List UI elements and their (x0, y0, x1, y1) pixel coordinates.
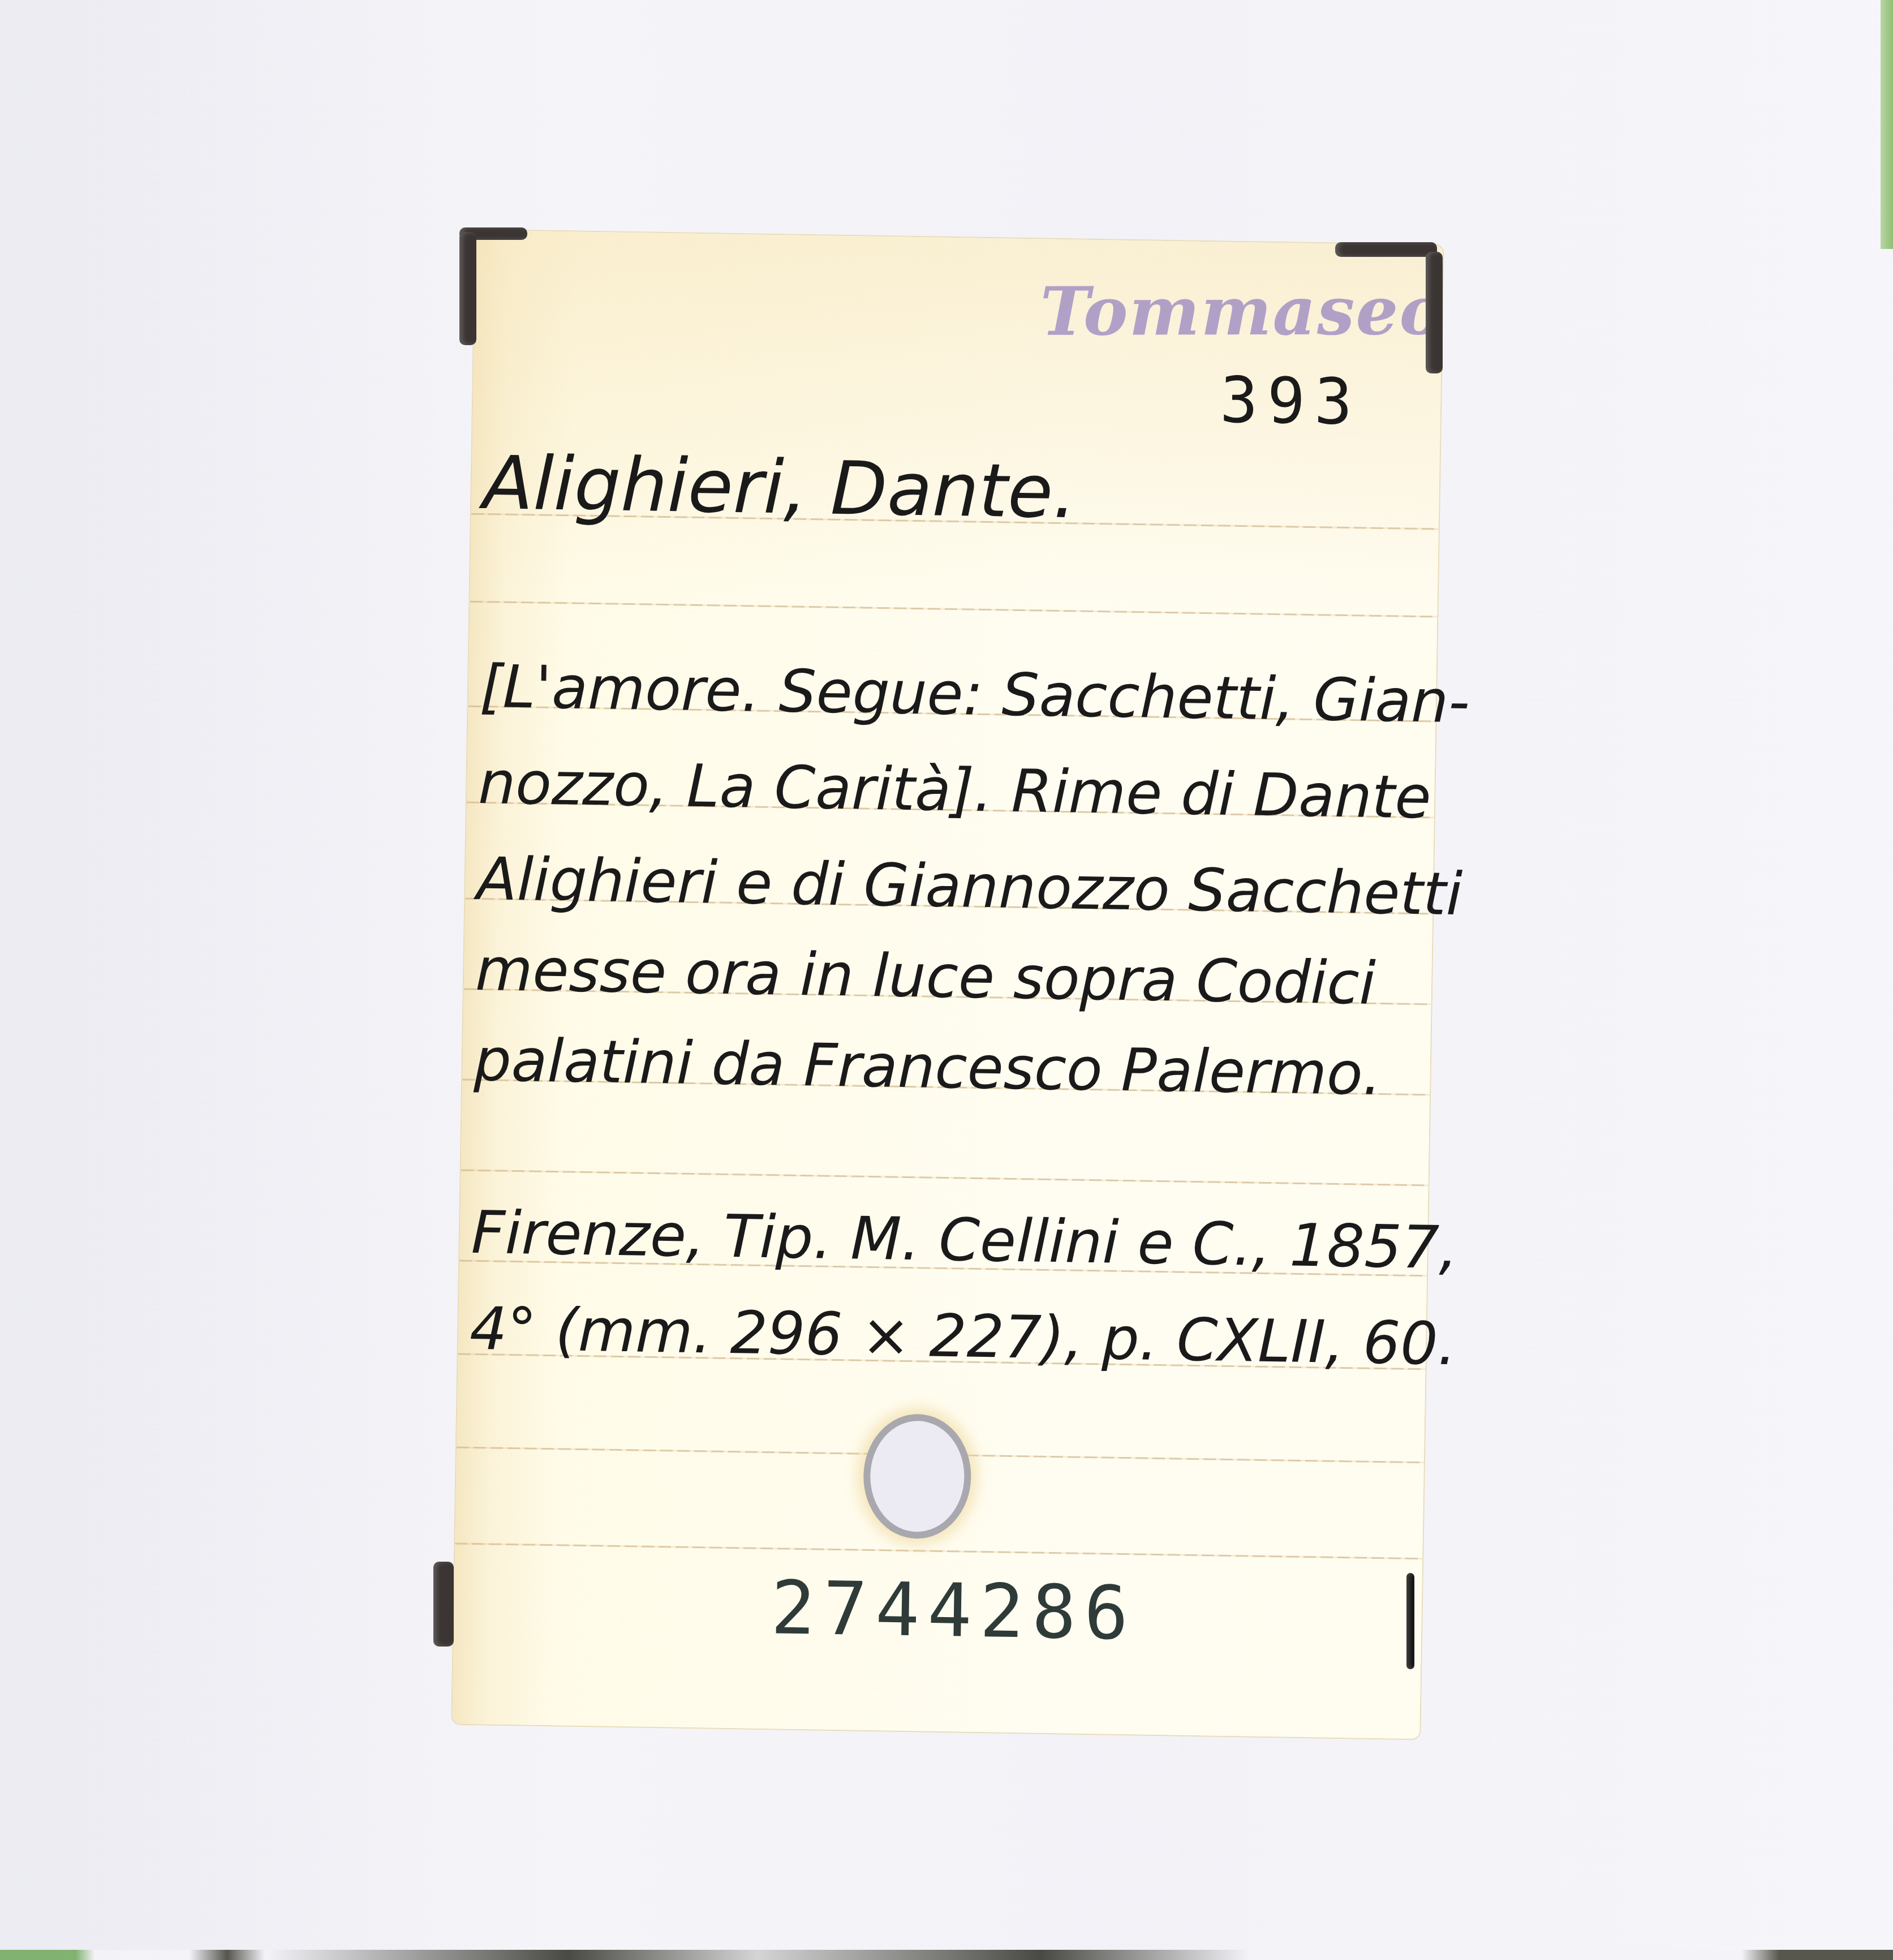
collection-stamp: Tommaseo (1040, 271, 1445, 350)
mounting-corner-icon (1426, 252, 1443, 373)
title-line: palatini da Francesco Palermo. (474, 1025, 1382, 1108)
imprint-line: 4° (mm. 296 × 227), p. CXLII, 60. (469, 1294, 1457, 1378)
ruled-line (461, 1170, 1429, 1187)
ruled-line (470, 601, 1438, 618)
scan-edge-bottom (0, 1950, 1893, 1960)
mounting-corner-icon (433, 1562, 454, 1647)
title-line: [L'amore. Segue: Sacchetti, Gian- (479, 652, 1470, 736)
ruled-line (455, 1542, 1422, 1559)
author-heading: Alighieri, Dante. (483, 440, 1077, 535)
imprint-line: Firenze, Tip. M. Cellini e C., 1857, (471, 1198, 1459, 1282)
inventory-number: 2744286 (770, 1564, 1137, 1656)
title-line: messe ora in luce sopra Codici (475, 935, 1376, 1018)
shelfmark: 393 (1219, 363, 1362, 439)
punch-hole (863, 1413, 972, 1540)
mounting-corner-icon (1335, 242, 1437, 257)
title-line: Alighieri e di Giannozzo Sacchetti (476, 844, 1463, 929)
mounting-corner-icon (459, 232, 476, 345)
catalog-card: Tommaseo 393 Alighieri, Dante. [L'amore.… (452, 230, 1443, 1739)
scan-edge-green (1881, 0, 1893, 249)
mounting-corner-icon (1406, 1573, 1414, 1669)
title-line: nozzo, La Carità]. Rime di Dante (478, 748, 1432, 832)
